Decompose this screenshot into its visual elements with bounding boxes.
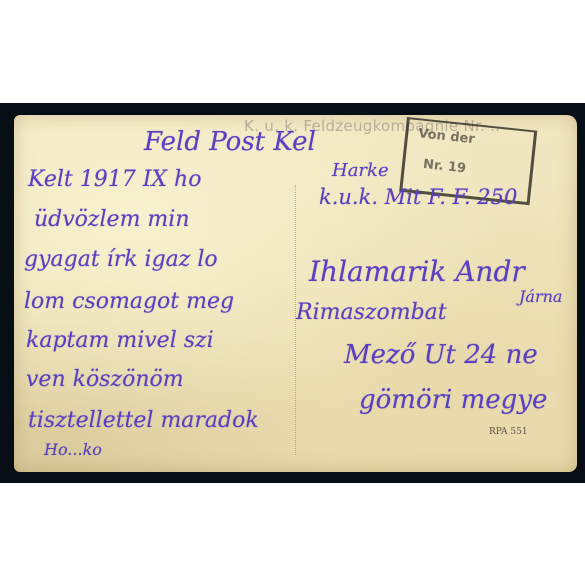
message-line: tisztellettel maradok xyxy=(28,408,259,433)
postcard: K. u. k. Feldzeugkompagnie Nr. .. Von de… xyxy=(14,115,577,472)
stamp-line-1: Von der xyxy=(418,126,476,147)
printer-mark: RPA 551 xyxy=(489,427,528,437)
signature: Ho...ko xyxy=(44,440,102,459)
message-line: lom csomagot meg xyxy=(24,289,234,314)
stamp-line-2: Nr. 19 xyxy=(422,157,466,176)
message-line: üdvözlem min xyxy=(34,207,190,232)
message-line: Kelt 1917 IX ho xyxy=(28,167,201,192)
district: Járna xyxy=(519,287,562,306)
unit-line: k.u.k. Mit F. F. 250 xyxy=(319,185,517,209)
message-line: kaptam mivel szi xyxy=(26,328,214,353)
sender-line: Harke xyxy=(332,160,389,181)
county: gömöri megye xyxy=(359,385,547,415)
message-title: Feld Post Kel xyxy=(144,127,316,157)
recipient-name: Ihlamarik Andr xyxy=(309,255,525,288)
village: Mező Ut 24 ne xyxy=(344,340,538,370)
town: Rimaszombat xyxy=(296,300,447,325)
message-line: gyagat írk igaz lo xyxy=(24,247,218,272)
message-line: ven köszönöm xyxy=(26,367,184,392)
